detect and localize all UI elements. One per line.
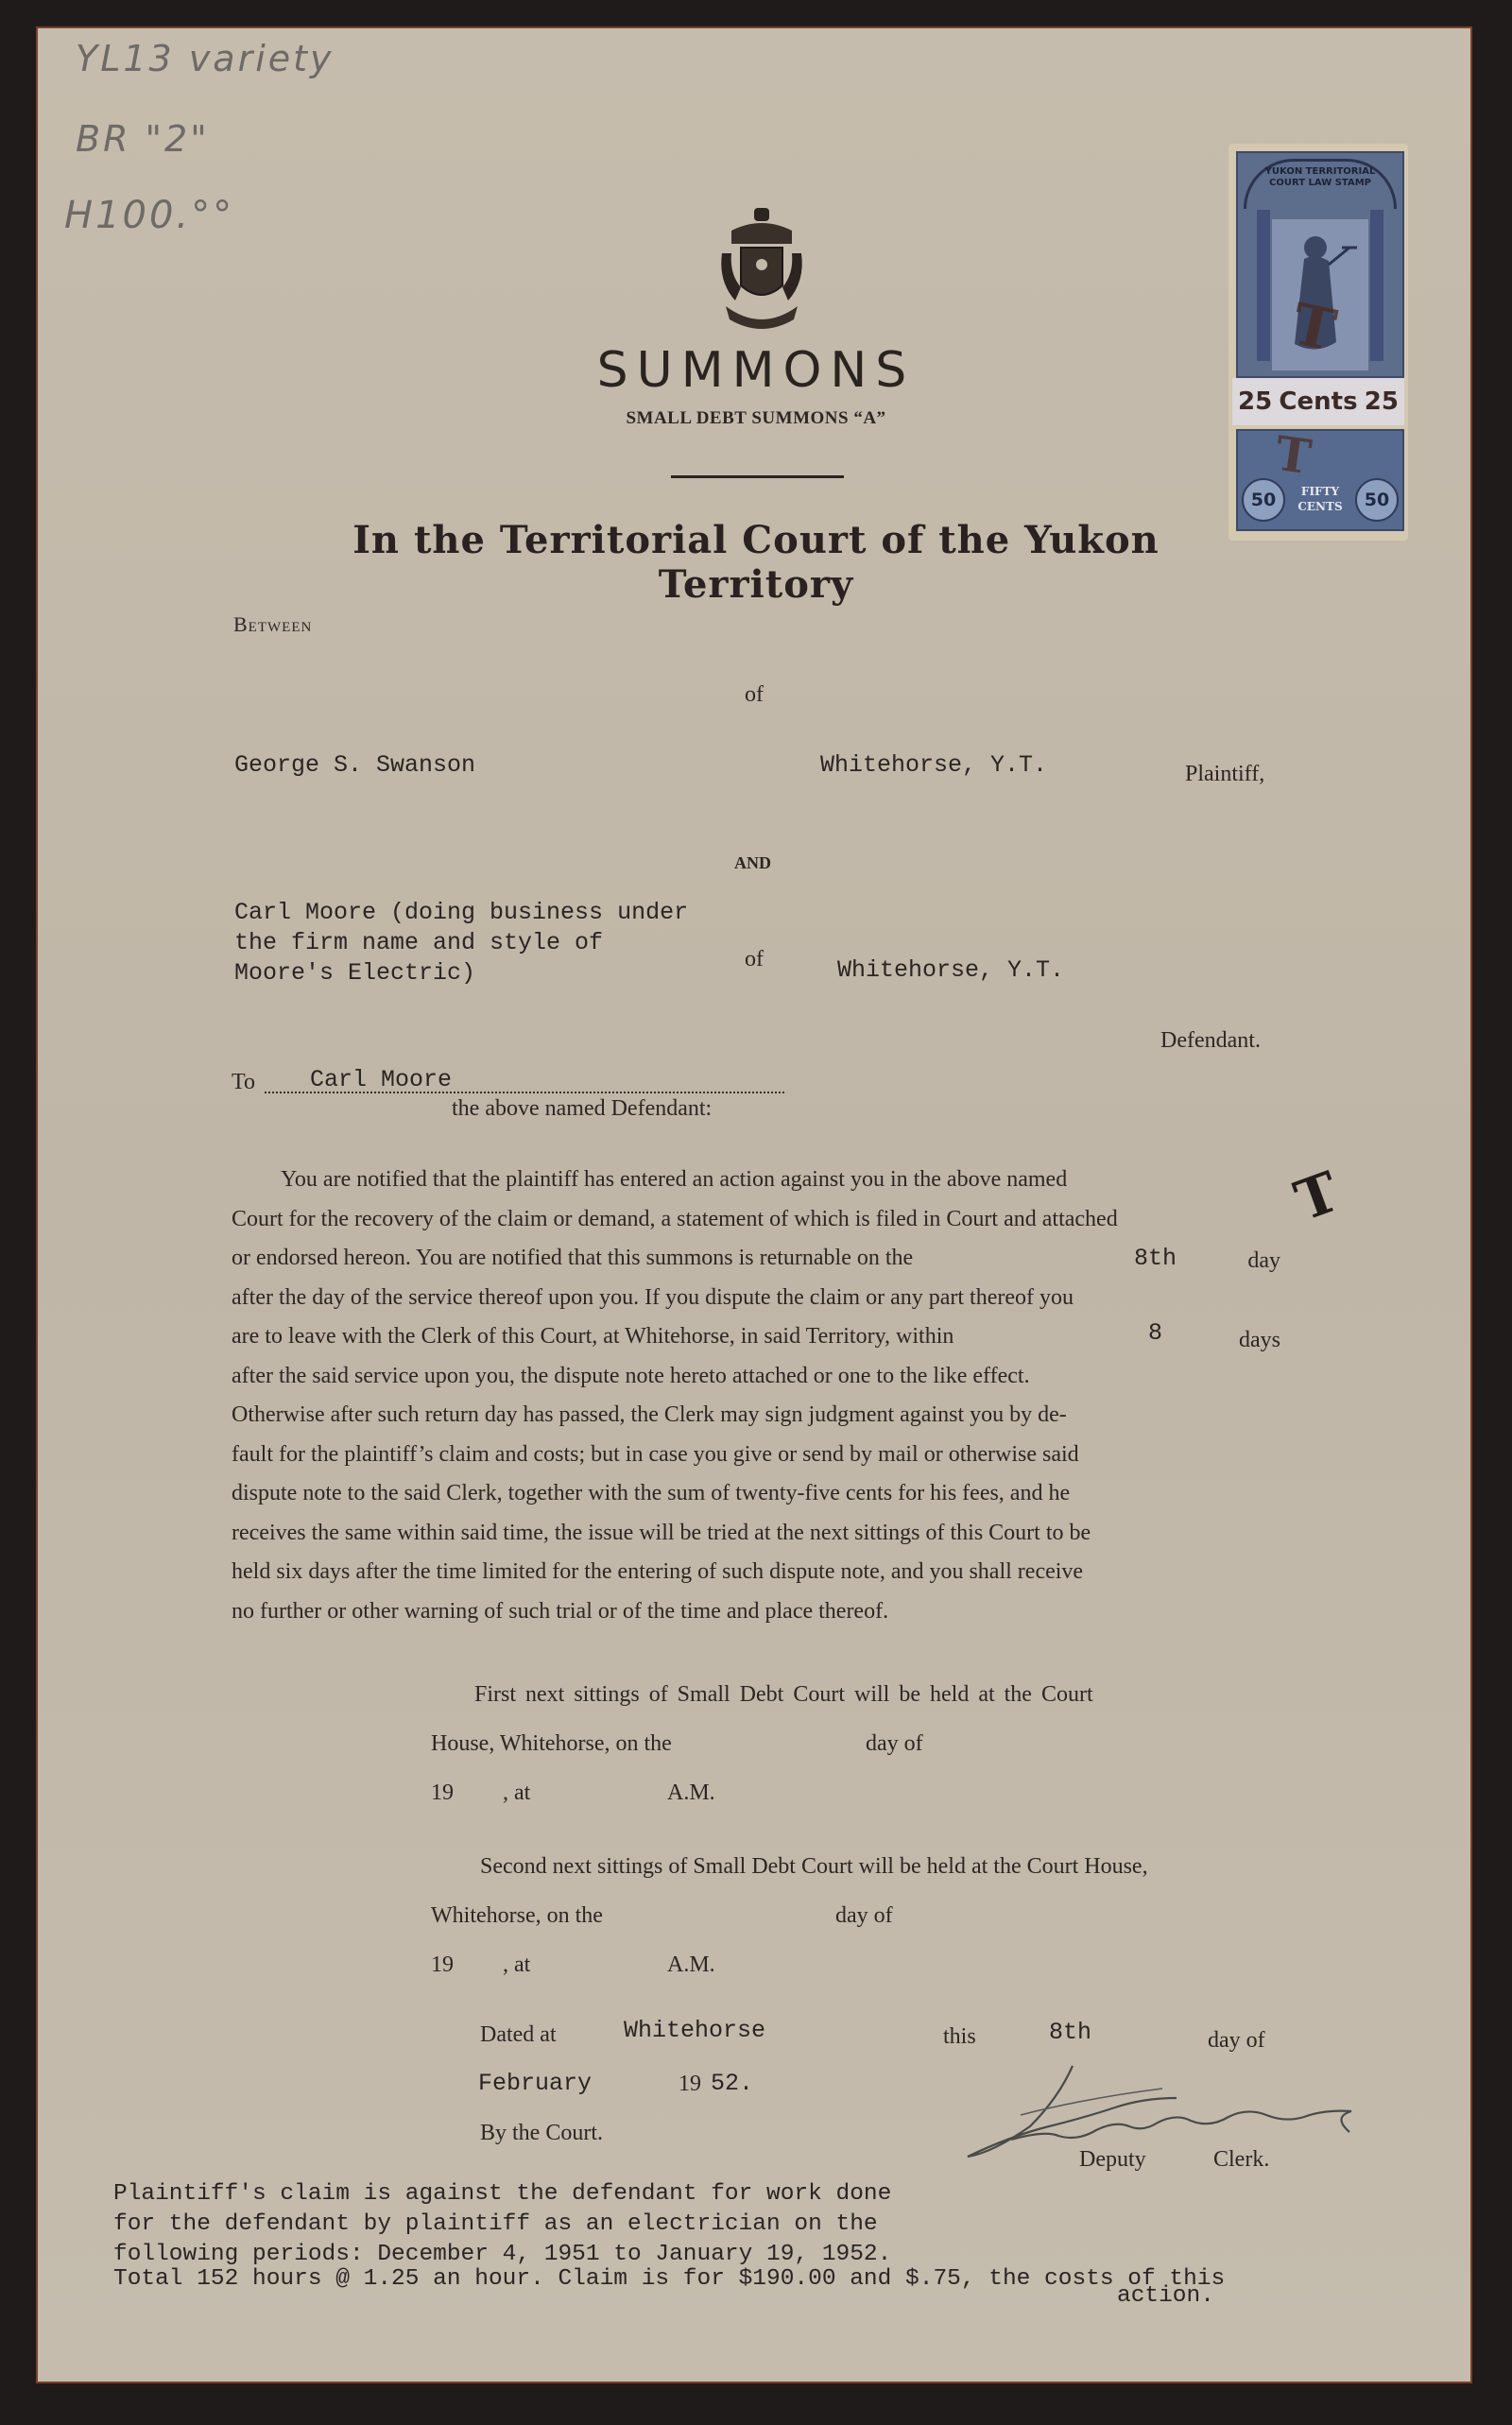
plaintiff-location: Whitehorse, Y.T. — [820, 751, 1047, 779]
pencil-note-variety: BR "2" — [76, 118, 210, 160]
notice-line: fault for the plaintiff’s claim and cost… — [232, 1436, 1280, 1475]
first-sittings-line-2: House, Whitehorse, on the — [431, 1731, 672, 1757]
second-sittings-day-of: day of — [835, 1903, 893, 1929]
document-subtitle: SMALL DEBT SUMMONS “A” — [529, 408, 983, 429]
plaintiff-label: Plaintiff, — [1185, 762, 1264, 787]
coat-of-arms-icon — [713, 206, 811, 335]
of-label-defendant: of — [745, 947, 764, 972]
defendant-name-line-3: Moore's Electric) — [234, 958, 688, 989]
first-sittings-at: , at — [503, 1780, 530, 1806]
first-sittings-day-of: day of — [866, 1731, 923, 1757]
signer-title-clerk: Clerk. — [1213, 2147, 1269, 2173]
second-sittings-year: 19 — [431, 1952, 454, 1978]
defendant-label: Defendant. — [1160, 1028, 1261, 1054]
defendant-location: Whitehorse, Y.T. — [837, 956, 1064, 984]
pencil-note-price: H100.°° — [64, 194, 234, 237]
surcharge-band: 25 Cents 25 — [1232, 378, 1404, 425]
second-sittings-am: A.M. — [667, 1952, 715, 1978]
notice-line: dispute note to the said Clerk, together… — [232, 1474, 1280, 1514]
first-sittings-year: 19 — [431, 1780, 454, 1806]
defendant-name: Carl Moore (doing business under the fir… — [234, 898, 688, 989]
claim-last-word: action. — [1117, 2283, 1214, 2309]
stamp-value-right: 50 — [1355, 478, 1399, 522]
claim-statement: Plaintiff's claim is against the defenda… — [113, 2179, 1225, 2295]
stamp-lower-section: 50 50 FIFTY CENTS T — [1236, 429, 1404, 531]
notice-line: receives the same within said time, the … — [232, 1514, 1280, 1554]
defendant-name-line-2: the firm name and style of — [234, 928, 688, 958]
stamp-value-left: 50 — [1242, 478, 1285, 522]
dated-place: Whitehorse — [624, 2017, 765, 2044]
court-heading: In the Territorial Court of the Yukon Te… — [302, 518, 1210, 607]
overprint-mark-lower: T — [1272, 425, 1314, 486]
claim-line: Total 152 hours @ 1.25 an hour. Claim is… — [113, 2264, 1225, 2295]
revenue-stamp: YUKON TERRITORIAL COURT LAW STAMP T 25 C… — [1228, 144, 1408, 541]
notice-line: are to leave with the Clerk of this Cour… — [232, 1317, 1280, 1357]
first-sittings-line-1: First next sittings of Small Debt Court … — [474, 1682, 1093, 1708]
notice-line: held six days after the time limited for… — [232, 1553, 1280, 1592]
stamp-justice-figure: YUKON TERRITORIAL COURT LAW STAMP T — [1236, 151, 1404, 378]
dated-month: February — [478, 2070, 592, 2097]
addressee-name: Carl Moore — [310, 1066, 452, 1093]
pencil-note-catalog: YL13 variety — [76, 38, 335, 79]
notice-line: after the day of the service thereof upo… — [232, 1279, 1280, 1318]
first-sittings-am: A.M. — [667, 1780, 715, 1806]
claim-line: Plaintiff's claim is against the defenda… — [113, 2179, 1225, 2210]
notice-line: no further or other warning of such tria… — [232, 1592, 1280, 1632]
dated-year-prefix: 19 — [679, 2072, 701, 2097]
dated-year-suffix: 52. — [711, 2070, 753, 2097]
second-sittings-line-2: Whitehorse, on the — [431, 1903, 603, 1929]
document-title: SUMMONS — [529, 342, 983, 399]
notice-paragraph: You are notified that the plaintiff has … — [232, 1161, 1280, 1631]
defendant-name-line-1: Carl Moore (doing business under — [234, 898, 688, 928]
by-the-court: By the Court. — [480, 2121, 603, 2146]
dated-at-label: Dated at — [480, 2022, 557, 2048]
dispute-days-value: 8 — [1148, 1314, 1162, 1353]
notice-line: after the said service upon you, the dis… — [232, 1357, 1280, 1397]
second-sittings-line-1: Second next sittings of Small Debt Court… — [480, 1854, 1148, 1880]
surcharge-right: 25 — [1365, 387, 1399, 416]
dated-this-label: this — [943, 2024, 976, 2050]
to-label: To — [232, 1070, 255, 1095]
plaintiff-name: George S. Swanson — [234, 751, 475, 779]
clerk-signature-icon — [954, 2060, 1370, 2164]
and-label: AND — [734, 853, 771, 873]
claim-line: for the defendant by plaintiff as an ele… — [113, 2210, 1225, 2240]
surcharge-center: Cents — [1279, 387, 1357, 416]
surcharge-left: 25 — [1238, 387, 1272, 416]
signer-title-deputy: Deputy — [1079, 2147, 1146, 2173]
stamp-value-text: FIFTY CENTS — [1287, 484, 1353, 514]
return-day-value: 8th — [1134, 1239, 1177, 1279]
notice-line: Court for the recovery of the claim or d… — [232, 1200, 1280, 1240]
dated-day-of-label: day of — [1208, 2028, 1265, 2054]
notice-line: or endorsed hereon. You are notified tha… — [232, 1239, 1280, 1279]
dated-day: 8th — [1049, 2019, 1091, 2046]
between-label: Between — [233, 612, 312, 637]
addressee-suffix: the above named Defendant: — [452, 1096, 712, 1122]
notice-line: Otherwise after such return day has pass… — [232, 1396, 1280, 1436]
of-label-plaintiff: of — [745, 682, 764, 708]
second-sittings-at: , at — [503, 1952, 530, 1978]
notice-line: You are notified that the plaintiff has … — [232, 1161, 1280, 1200]
title-divider — [671, 475, 844, 478]
